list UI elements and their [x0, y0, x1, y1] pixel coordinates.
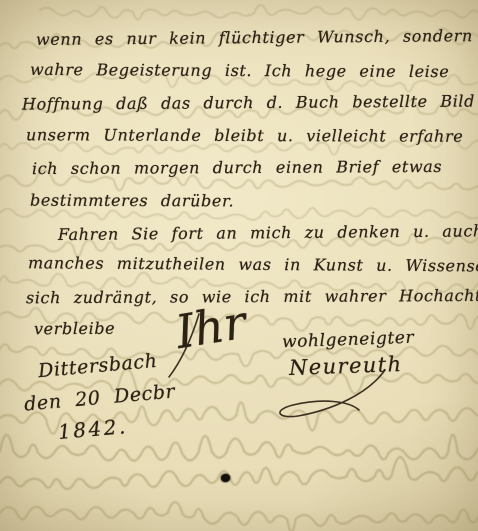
letter-line-7: Fahren Sie fort an mich zu denken u. auc…: [58, 221, 478, 244]
letter-line-8: manches mitzutheilen was in Kunst u. Wis…: [28, 253, 478, 275]
letter-line-9: sich zudrängt, so wie ich mit wahrer Hoc…: [26, 286, 478, 308]
closing-pronoun: Ihr: [172, 295, 249, 359]
letter-line-4: unserm Unterlande bleibt u. vielleicht e…: [26, 125, 463, 146]
letter-line-1: wenn es nur kein flüchtiger Wunsch, sond…: [36, 26, 473, 49]
signature: Neureuth: [289, 352, 403, 380]
letter-line-3: Hoffnung daß das durch d. Buch bestellte…: [22, 91, 478, 113]
letter-line-6: bestimmteres darüber.: [30, 191, 234, 211]
letter-line-5: ich schon morgen durch einen Brief etwas: [32, 157, 442, 178]
bleedthrough-line: [40, 5, 478, 20]
letter-line-2: wahre Begeisterung ist. Ich hege eine le…: [30, 60, 449, 81]
bleedthrough-line: [0, 502, 478, 531]
ink-blot: [221, 474, 230, 482]
letter-line-10: verbleibe: [34, 319, 115, 339]
letter-page: wenn es nur kein flüchtiger Wunsch, sond…: [0, 0, 478, 531]
bleedthrough-line: [0, 208, 478, 220]
bleedthrough-line: [0, 457, 478, 489]
